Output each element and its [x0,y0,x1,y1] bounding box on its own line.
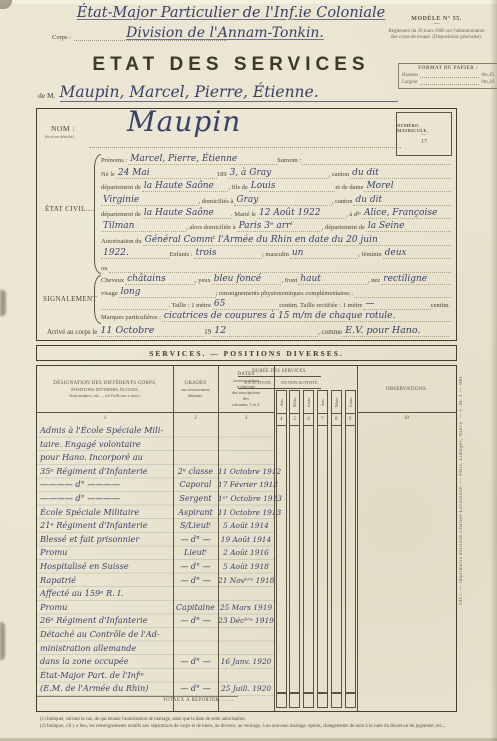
totals-cell [318,692,327,707]
column-number: 5 [290,413,299,426]
table-row-grade: Capitaine [173,601,218,615]
form-line: 1922.Enfants :trois; masculinun, féminin… [101,246,451,259]
paper-format-rows: Hauteur0m,45Largeur0m,29 [402,73,494,85]
services-table: DÉSIGNATION DES DIFFÉRENTS CORPS,POSITIO… [36,365,457,712]
signalement-lines: Cheveuxchâtains, yeuxbleu foncé, frontha… [101,273,451,322]
printed-label: , comme [318,328,342,337]
printed-label: et de dame [335,184,364,192]
footnotes: (1) Indiquer, suivant le cas, de qui éma… [40,717,454,731]
de-m-label: de M. [38,91,56,102]
totals-cell [346,692,355,707]
scan-smudge [0,622,5,660]
rotated-unit-label: Jours. [348,397,353,407]
empty-duration-cell [304,426,313,692]
rotated-unit-label: Ans. [279,398,284,406]
table-row-grade: — d° — [173,614,218,628]
format-dim-label: Hauteur [402,73,418,78]
empty-duration-cell [346,426,355,692]
form-line: Virginie, domiciliés àGray, cantondu dit [101,192,451,205]
handwritten-entry: Tilman [101,221,186,232]
table-row-grade: Sergent [173,492,218,506]
table-row-grade [173,424,218,438]
header-label-line: états-majors, etc..., où l'officier a se… [69,393,141,399]
table-row-grade [173,451,218,465]
surname-handwritten: Maupin [127,105,241,138]
header-col-designation: DÉSIGNATION DES DIFFÉRENTS CORPS,POSITIO… [37,366,173,424]
format-dim-value: 0m,45 [481,73,494,78]
table-row-grade [173,669,218,683]
matricule-dash: — [422,133,427,138]
services-section-title: SERVICES. — POSITIONS DIVERSES. [36,345,457,361]
handwritten-entry [354,297,451,298]
rotated-unit-label: Mois. [334,397,339,407]
duration-column-5: Mois.5 [289,390,300,708]
handwritten-entry: long [119,287,216,298]
handwritten-entry: un [290,248,358,259]
dotted-leader [420,80,480,85]
table-row-corps: Admis à l'École Spéciale Mili- [37,424,173,438]
handwritten-entry: 3, à Gray [228,168,329,179]
paper-format-row: Largeur0m,29 [402,80,494,85]
totals-cell [332,692,341,707]
paper-format-title: FORMAT DU PAPIER : [402,66,494,71]
printed-label: 189 [217,171,228,179]
body-col-designation: Admis à l'École Spéciale Mili-taire. Eng… [37,424,173,696]
table-row-corps: Affecté au 159ᵉ R. I. [37,587,173,601]
table-row-date: 23 Décᵇʳᵉ 1919 [218,614,274,628]
table-row-date: 11 Octobre 1912 [218,465,274,479]
column-number: 9 [346,413,355,426]
table-row-grade: — d° — [173,682,218,696]
handwritten-entry: Morel [364,181,451,192]
header-en-non-activite: EN NON-ACTIVITÉ. [279,377,321,389]
printed-label: , fils de [228,184,248,192]
duration-column-7: Ans.7 [317,390,328,708]
handwritten-entry [101,309,168,310]
printed-label: Marques particulières : [101,314,162,322]
handwritten-entry: bleu foncé [212,274,282,285]
table-row-date: 17 Février 1913 [218,478,274,492]
printed-label: ; masculin [262,251,290,259]
handwritten-entry [302,164,451,165]
rotated-unit-label: Jours. [306,397,311,407]
table-row-grade [173,628,218,642]
printed-label: . Taille : 1 mètre [168,302,212,310]
handwritten-entry: 1922. [101,248,169,259]
table-row-grade: — d° — [173,560,218,574]
table-row-date: 25 Mars 1919 [218,601,274,615]
form-line: Autorisation duGénéral Commᵗ l'Armée du … [101,232,451,245]
handwritten-entry: Marcel, Pierre, Étienne [128,154,277,165]
header-label-line: GRADES [185,380,207,387]
printed-label: 19 [204,328,211,337]
table-row-date [218,669,274,683]
form-line: visagelong; renseignements physionomique… [101,285,451,297]
rotated-unit-label: Mois. [292,397,297,407]
signalement-label: SIGNALEMENT [43,295,97,303]
handwritten-entry: rectiligne [381,274,451,285]
table-row-corps: 26ᵉ Régiment d'Infanterie [37,614,173,628]
handwritten-entry: châtains [125,274,195,285]
table-row-date [218,438,274,452]
table-row-date: 5 Août 1914 [218,519,274,533]
column-number: 1 [37,412,173,424]
table-row-date [218,628,274,642]
header-label-line: colonnes 1 et 2. [232,402,261,408]
printed-label: ou [101,265,109,273]
matricule-label: NUMÉRO MATRICULE. [397,123,451,133]
table-row-corps: ministration allemande [37,642,173,656]
regulation-reference: Règlement du 30 mars 1906 sur l'administ… [385,29,488,41]
table-row-grade: — d° — [173,655,218,669]
scan-smudge [0,290,6,316]
table-row-corps: pour Hano. Incorporé au [37,451,173,465]
handwritten-entry: la Haute Saône [142,181,229,192]
printed-label: Né le [101,171,116,179]
duration-column-6: Jours.6 [303,390,314,708]
header-label-line: obtenus. [188,393,203,399]
duration-column-4: Ans.4 [276,390,287,708]
etat-civil-label: ÉTAT CIVIL.... [45,205,94,213]
printed-label: , à dˡˡᵉ [346,211,362,219]
officer-full-name: Maupin, Marcel, Pierre, Étienne. [60,83,399,102]
unit-title-handwritten: État-Major Particulier de l'Inf.ie Colon… [70,5,392,21]
handwritten-entry: haut [298,274,368,285]
handwritten-entry: la Seine [366,221,451,232]
table-row-corps: Promu [37,601,173,615]
table-row-corps: Promu [37,546,173,560]
column-number: 7 [318,413,327,426]
totals-label: TOTAUX À REPORTER. ........ [97,698,235,703]
table-row-date: 25 Juill. 1920 [218,682,274,696]
form-line: Cheveuxchâtains, yeuxbleu foncé, frontha… [101,273,451,285]
identity-box: NOM : (écrit en détaché) Maupin NUMÉRO M… [36,108,457,341]
table-row-corps: ———— d° ———— [37,492,173,506]
corps-field: Corps : [52,32,227,41]
corps-label: Corps : [52,34,71,41]
table-row-date: 11 Octobre 1913 [218,506,274,520]
printed-label: . Marié le [231,211,257,219]
form-line: Marques particulières :cicatrices de cou… [101,310,451,322]
header-col-observations: OBSERVATIONS. 10 [357,366,456,424]
matricule-value: 17 [421,139,427,145]
form-line: ou [101,259,451,272]
signalement-brace [94,275,101,324]
column-number: 4 [277,413,286,426]
body-col-dates: 11 Octobre 191217 Février 19131ᵉʳ Octobr… [218,424,274,696]
table-row-grade: — d° — [173,574,218,588]
dotted-leader [420,73,479,78]
handwritten-entry: Alice, Françoise [362,208,451,219]
table-row-date [218,587,274,601]
duration-column-9: Jours.9 [345,390,356,708]
handwritten-entry: 11 Octobre [97,325,204,337]
column-number: 3 [218,412,274,424]
printed-label: , domiciliés à [199,198,235,206]
printed-label: ; renseignements physionomiques compléme… [216,290,355,298]
scan-corner-mark [0,0,12,9]
handwritten-entry: — [363,299,430,310]
printed-label: , alors domiciliée à [186,224,236,232]
arrival-line: Arrivé au corps le11 Octobre1912, commeE… [47,325,449,337]
printed-label: , front [281,277,298,285]
handwritten-entry: 24 Mai [116,168,217,179]
table-row-corps: Blessé et fait prisonnier [37,533,173,547]
totals-cell [277,692,286,707]
printed-label: Autorisation du [101,238,143,246]
printed-label: centim. Taille rectifiée : 1 mètre [279,302,363,310]
printed-label: , canton [329,171,351,179]
corps-blank-line [74,32,227,41]
handwritten-entry: la Haute Saône [142,208,231,219]
header-en-activite: EN ACTIVITÉ. [238,377,279,389]
footnote: (2) Indiquer, s'il y a lieu, les renseig… [40,724,454,730]
format-dim-label: Largeur [402,80,418,85]
nom-baseline [89,147,401,148]
empty-duration-cell [318,426,327,692]
table-row-corps: 35ᵉ Régiment d'Infanterie [37,465,173,479]
body-col-grades: 2ᵉ classeCaporalSergentAspirantS/Lieutᵗ—… [173,424,218,696]
matricule-box: NUMÉRO MATRICULE. — 17 [396,112,452,156]
table-row-date: 1ᵉʳ Octobre 1913 [218,492,274,506]
rotated-unit-label: Ans. [320,398,325,406]
handwritten-entry: deux [383,248,451,259]
document-title: ETAT DES SERVICES [75,54,387,76]
table-row-grade: — d° — [173,533,218,547]
printed-label: , département de [322,224,366,232]
printed-label: centim. [431,302,451,310]
printed-label: Cheveux [101,277,125,285]
printed-label: , canton [332,198,354,206]
printer-imprint: 1917. — Imprimerie militaire Charles-Lav… [459,330,464,650]
handwritten-entry: 12 [211,325,318,337]
table-row-corps: Détaché au Contrôle de l'Ad- [37,628,173,642]
table-row-date: 19 Août 1914 [218,533,274,547]
table-row-grade [173,438,218,452]
table-row-date: 2 Août 1916 [218,546,274,560]
form-line: . Taille : 1 mètre65centim. Taille recti… [101,298,451,310]
header-label-line: DÉSIGNATION DES DIFFÉRENTS CORPS, [53,380,156,387]
handwritten-entry: trois [194,248,262,259]
handwritten-entry: du dit [353,195,451,206]
table-row-corps: 21ᵉ Régiment d'Infanterie [37,519,173,533]
table-row-corps: dans la zone occupée [37,655,173,669]
column-number: 2 [173,412,218,424]
handwritten-entry: E.V. pour Hano. [342,325,449,337]
empty-duration-cell [290,426,299,692]
empty-duration-cell [332,426,341,692]
etat-civil-brace [94,154,101,274]
scan-edge-right [490,0,497,741]
handwritten-entry: du dit [350,168,451,179]
form-line: Né le24 Mai1893, à Gray, cantondu dit [101,165,451,178]
table-row-corps: taire. Engagé volontaire [37,438,173,452]
scan-edge-top [0,0,497,4]
officer-name-line: de M. Maupin, Marcel, Pierre, Étienne. [38,83,398,102]
handwritten-entry: Virginie [101,195,199,206]
model-number-block: MODÈLE N° 55. — Règlement du 30 mars 190… [385,16,488,41]
table-row-date: 21 Novᵇʳᵉ 1918 [218,574,274,588]
header-col-grades: GRADESsuccessivementobtenus. 2 [173,366,218,424]
printer-imprint-text: 1917. — Imprimerie militaire Charles-Lav… [459,375,464,605]
printed-label: Surnom : [277,157,302,165]
handwritten-entry: Général Commᵗ l'Armée du Rhin en date du… [143,235,451,246]
format-dim-value: 0m,29 [481,80,494,85]
footnote: (1) Indiquer, suivant le cas, de qui éma… [40,717,454,723]
table-row-date [218,424,274,438]
printed-label: , nez [368,277,381,285]
printed-label: , yeux [195,277,212,285]
form-line: Prénoms :Marcel, Pierre, ÉtienneSurnom : [101,152,451,165]
table-row-corps: Hospitalisé en Suisse [37,560,173,574]
handwritten-entry: Louis [249,181,336,192]
nom-label: NOM : [51,124,75,133]
table-row-grade: 2ᵉ classe [173,465,218,479]
table-row-corps: (E.M. de l'Armée du Rhin) [37,682,173,696]
table-row-grade: Lieutᵗ [173,546,218,560]
divider-dash: — [385,22,488,27]
column-number: 8 [332,413,341,426]
handwritten-entry: 12 Août 1922 [257,208,346,219]
totals-rule [37,696,238,697]
table-row-grade [173,587,218,601]
table-row-grade [173,642,218,656]
duration-column-8: Mois.8 [331,390,342,708]
printed-label: visage [101,290,119,298]
table-row-corps: État-Major Part. de l'Infⁱᵉ [37,669,173,683]
paper-format-box: FORMAT DU PAPIER : Hauteur0m,45Largeur0m… [398,63,497,89]
column-number: 10 [357,412,456,424]
printed-label: Arrivé au corps le [47,328,97,337]
etat-civil-lines: Prénoms :Marcel, Pierre, ÉtienneSurnom :… [101,152,451,273]
table-row-grade: Caporal [173,478,218,492]
printed-label: Enfants : [169,251,193,259]
totals-cell [290,692,299,707]
totals-cell [304,692,313,707]
table-row-date: 5 Août 1918 [218,560,274,574]
handwritten-entry: 65 [212,299,279,310]
table-row-date [218,642,274,656]
table-row-corps: ———— d° ———— [37,478,173,492]
handwritten-entry: Paris 3ᵉ arrᵗ [237,221,322,232]
nom-note: (écrit en détaché) [45,134,74,139]
printed-label: , féminin [358,251,382,259]
table-row-grade: Aspirant [173,506,218,520]
handwritten-entry: Gray [234,195,332,206]
paper-format-row: Hauteur0m,45 [402,73,494,78]
form-line: Tilman, alors domiciliée àParis 3ᵉ arrᵗ,… [101,219,451,232]
form-line: département dela Haute Saône, fils deLou… [101,179,451,192]
printed-label: département de [101,211,142,219]
table-row-grade: S/Lieutᵗ [173,519,218,533]
table-row-date [218,451,274,465]
table-row-corps: Rapatrié [37,574,173,588]
handwritten-entry: cicatrices de coupures à 15 m/m de chaqu… [162,311,451,322]
empty-duration-cell [277,426,286,692]
scanned-service-record: État-Major Particulier de l'Inf.ie Colon… [0,0,497,741]
printed-label: Prénoms : [101,157,128,165]
printed-label: département de [101,184,142,192]
table-row-corps: École Spéciale Militaire [37,506,173,520]
column-number: 6 [304,413,313,426]
table-row-date: 16 Janv. 1920 [218,655,274,669]
observations-label: OBSERVATIONS. [386,386,428,393]
header-duree-title: DURÉE DES SERVICES. [238,366,321,377]
form-line: département dela Haute Saône. Marié le12… [101,206,451,219]
